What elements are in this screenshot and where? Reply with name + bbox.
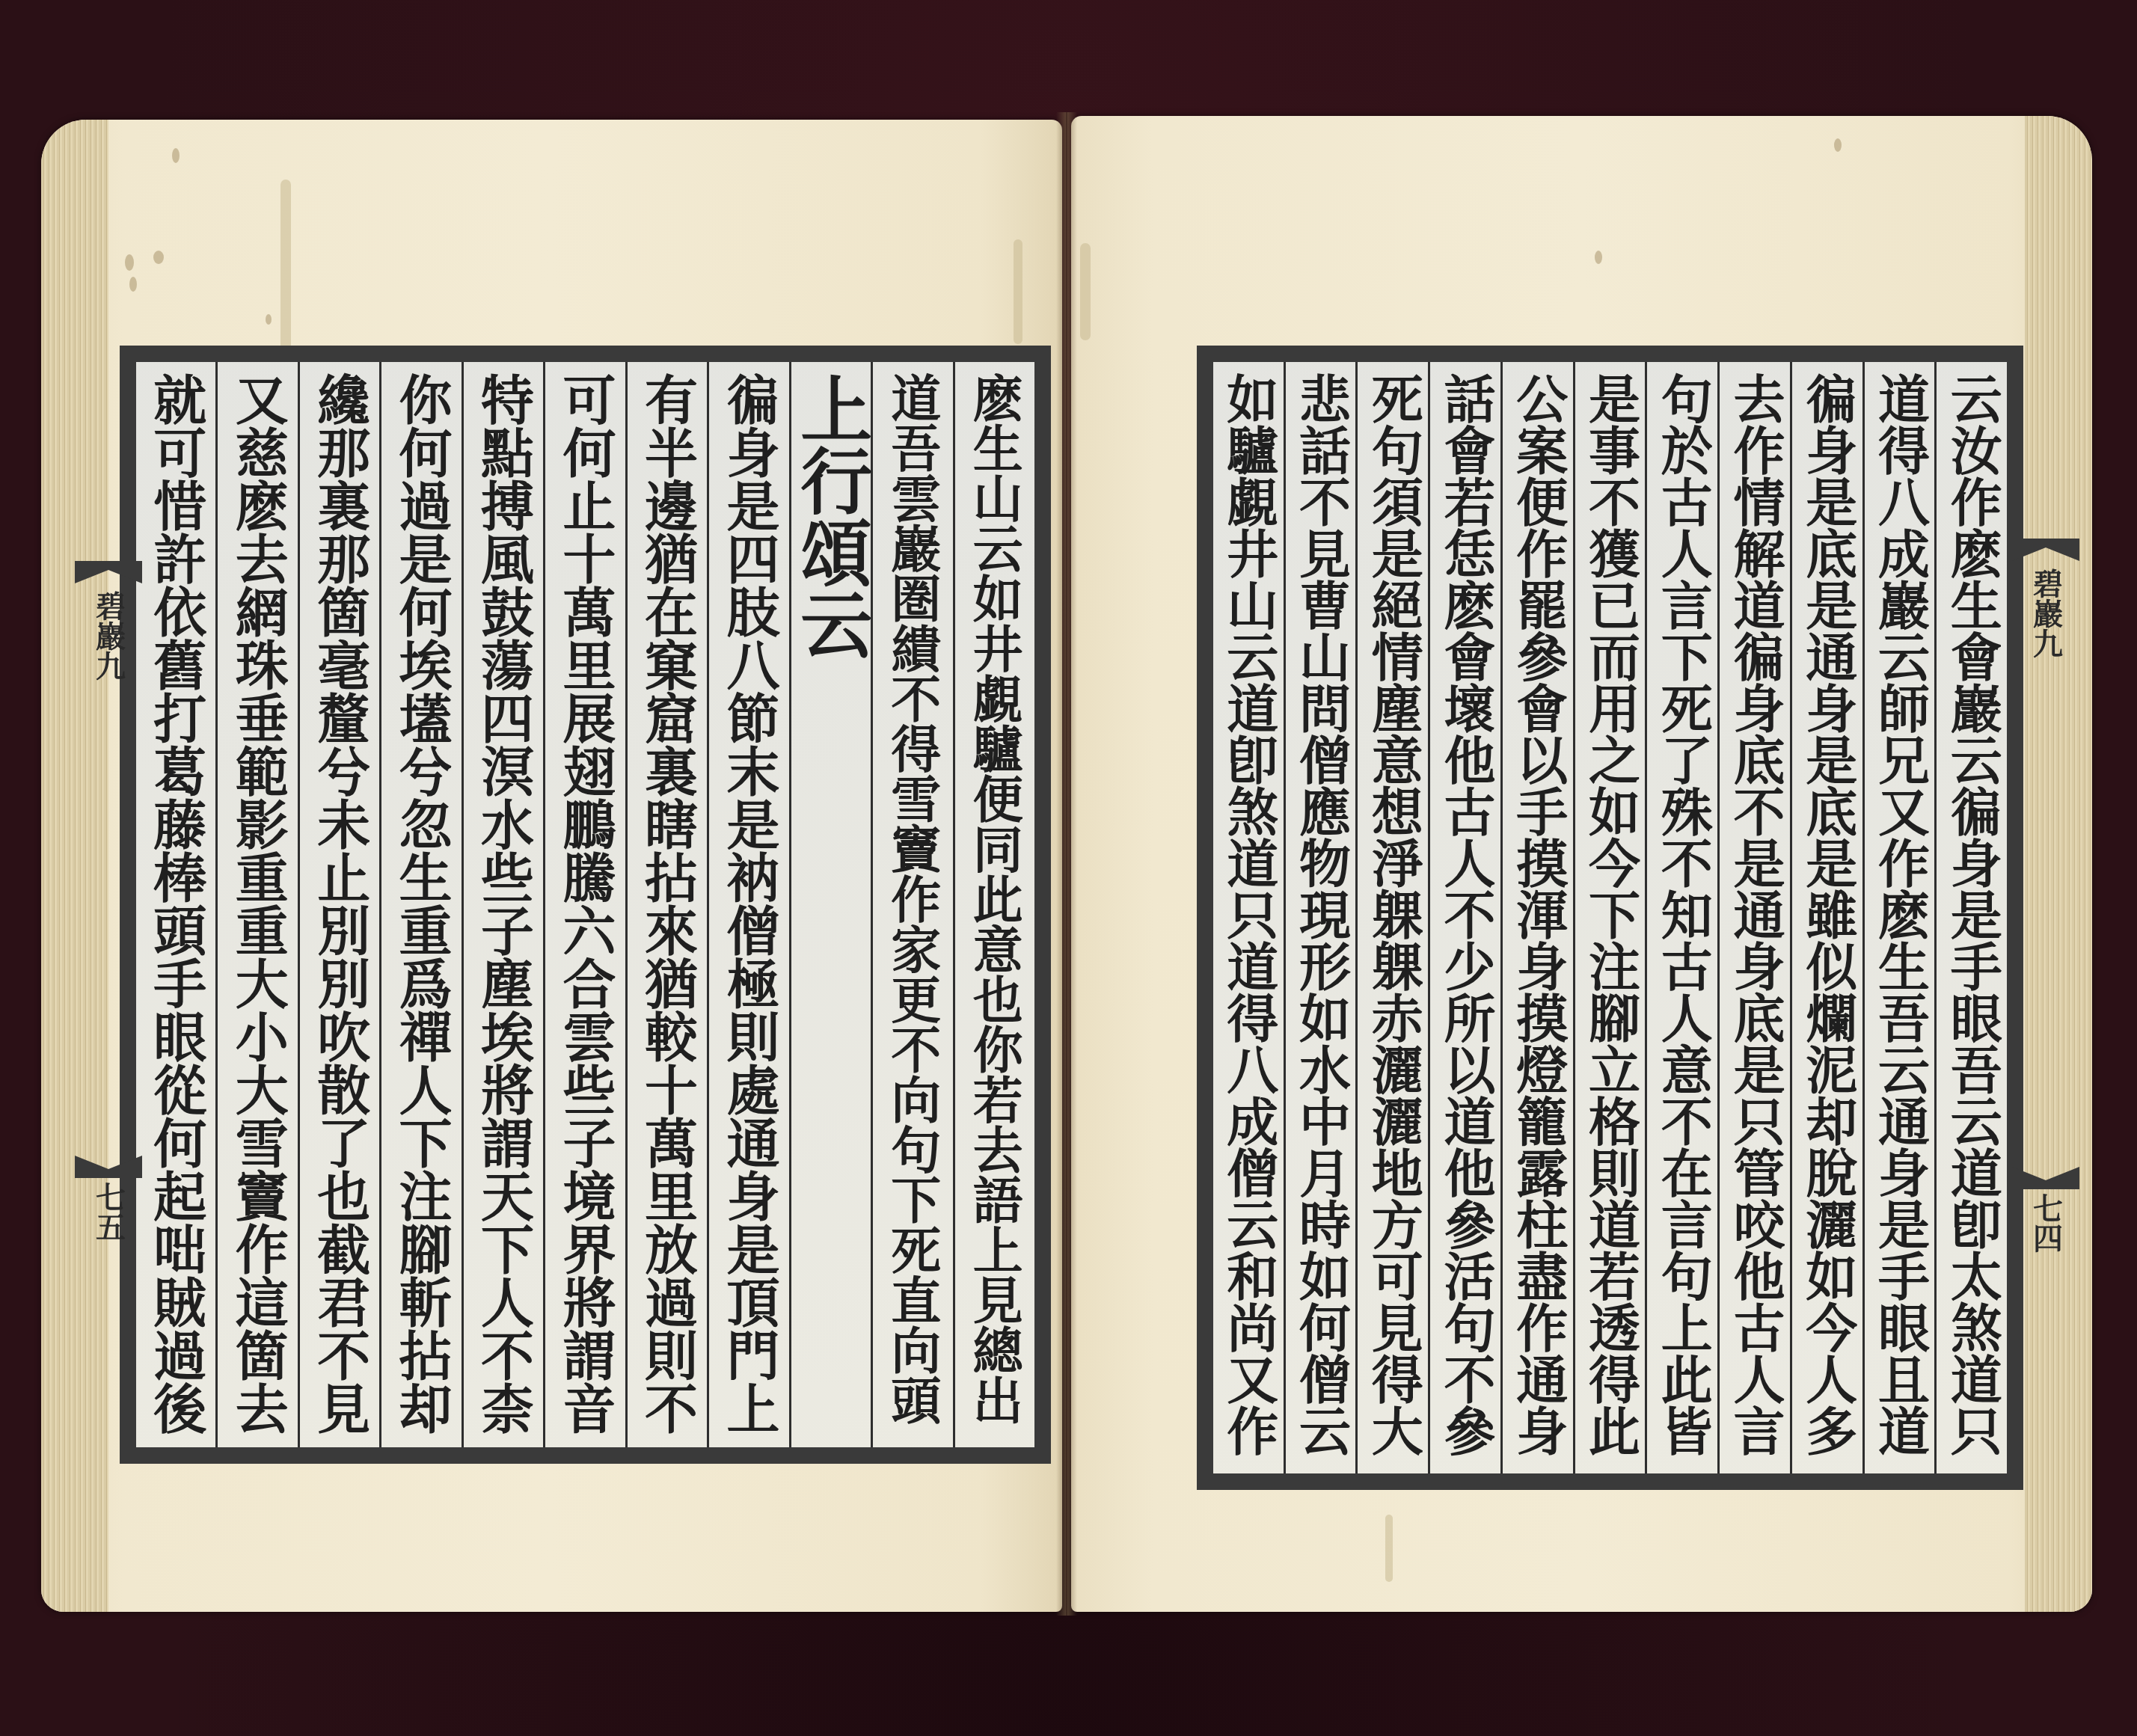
column-text: 道得八成巖云師兄又作麽生吾云通身是手眼且道	[1874, 372, 1925, 1456]
text-column: 就可惜許依舊打葛藤棒頭手眼從何起咄賊過後	[136, 362, 215, 1447]
column-text: 死句須是絕情塵意想淨躶躶赤灑灑地方可見得大	[1367, 372, 1419, 1456]
right-print-block: 云汝作麽生會巖云徧身是手眼吾云道卽太煞道只 道得八成巖云師兄又作麽生吾云通身是手…	[1197, 346, 2023, 1490]
column-text: 就可惜許依舊打葛藤棒頭手眼從何起咄賊過後	[150, 372, 203, 1435]
column-text: 如驢覷井山云道卽煞道只道得八成僧云和尚又作	[1222, 372, 1274, 1456]
text-column: 公案便作罷參會以手摸渾身摸燈籠露柱盡作通身	[1500, 362, 1573, 1473]
left-print-block: 麽生山云如井覷驢便同此意也你若去語上見總出 道吾雲巖圏繢不得雪竇作家更不向句下死…	[120, 346, 1051, 1464]
water-stain	[1385, 1515, 1393, 1582]
right-columns: 云汝作麽生會巖云徧身是手眼吾云道卽太煞道只 道得八成巖云師兄又作麽生吾云通身是手…	[1213, 362, 2007, 1473]
column-text: 上行頌云	[795, 372, 867, 660]
text-column: 麽生山云如井覷驢便同此意也你若去語上見總出	[953, 362, 1034, 1447]
text-column: 句於古人言下死了殊不知古人意不在言句上此皆	[1645, 362, 1717, 1473]
text-column: 去作情解道徧身底不是通身底是只管咬他古人言	[1717, 362, 1790, 1473]
column-text: 徧身是四肢八節末是衲僧極則處通身是頂門上	[723, 372, 776, 1435]
water-stain	[1080, 243, 1091, 340]
column-text: 話會若恁麽會壞他古人不少所以道他參活句不參	[1439, 372, 1491, 1456]
wormhole	[172, 148, 180, 163]
left-columns: 麽生山云如井覷驢便同此意也你若去語上見總出 道吾雲巖圏繢不得雪竇作家更不向句下死…	[136, 362, 1034, 1447]
margin-title: 碧巖九	[2012, 568, 2079, 763]
margin-page-number: 七五	[75, 1182, 142, 1272]
text-column: 悲話不見曹山問僧應物現形如水中月時如何僧云	[1284, 362, 1356, 1473]
column-text: 道吾雲巖圏繢不得雪竇作家更不向句下死直向頭	[888, 372, 938, 1425]
text-column: 徧身是底是通身是底是雖似爛泥却脫灑如今人多	[1790, 362, 1862, 1473]
book-gutter	[1056, 112, 1077, 1616]
text-column: 話會若恁麽會壞他古人不少所以道他參活句不參	[1428, 362, 1500, 1473]
text-column: 纔那裏那箇毫釐兮未止別別吹散了也截君不見	[298, 362, 379, 1447]
text-column: 徧身是四肢八節末是衲僧極則處通身是頂門上	[707, 362, 788, 1447]
text-column: 是事不獲已而用之如今下注腳立格則道若透得此	[1573, 362, 1646, 1473]
column-text: 纔那裏那箇毫釐兮未止別別吹散了也截君不見	[313, 372, 367, 1435]
column-text: 你何過是何埃壒兮忽生重爲禪人下注腳斬拈却	[395, 372, 448, 1435]
wormhole	[125, 254, 134, 271]
column-text: 又慈麽去網珠垂範影重重大小大雪竇作這箇去	[231, 372, 284, 1435]
margin-page-number: 七四	[2012, 1193, 2079, 1283]
column-text: 句於古人言下死了殊不知古人意不在言句上此皆	[1657, 372, 1708, 1456]
text-column: 道吾雲巖圏繢不得雪竇作家更不向句下死直向頭	[871, 362, 952, 1447]
column-text: 有半邊猶在窠窟裏瞎拈來猶較十萬里放過則不	[640, 372, 693, 1435]
column-text: 麽生山云如井覷驢便同此意也你若去語上見總出	[969, 372, 1020, 1425]
column-text: 特點搏風鼓蕩四溟水些子塵埃將謂天下人不柰	[477, 372, 530, 1435]
text-column: 有半邊猶在窠窟裏瞎拈來猶較十萬里放過則不	[625, 362, 707, 1447]
wormhole	[266, 314, 272, 325]
wormhole	[1834, 138, 1842, 152]
wormhole	[129, 277, 137, 292]
column-text: 去作情解道徧身底不是通身底是只管咬他古人言	[1729, 372, 1780, 1456]
left-page-edges	[41, 120, 108, 1612]
text-column: 死句須是絕情塵意想淨躶躶赤灑灑地方可見得大	[1355, 362, 1428, 1473]
text-column: 云汝作麽生會巖云徧身是手眼吾云道卽太煞道只	[1934, 362, 2007, 1473]
water-stain	[1014, 239, 1022, 344]
column-text: 是事不獲已而用之如今下注腳立格則道若透得此	[1584, 372, 1636, 1456]
text-column: 道得八成巖云師兄又作麽生吾云通身是手眼且道	[1862, 362, 1935, 1473]
text-column: 特點搏風鼓蕩四溟水些子塵埃將謂天下人不柰	[462, 362, 543, 1447]
column-text: 徧身是底是通身是底是雖似爛泥却脫灑如今人多	[1801, 372, 1853, 1456]
column-text: 公案便作罷參會以手摸渾身摸燈籠露柱盡作通身	[1512, 372, 1563, 1456]
column-text: 悲話不見曹山問僧應物現形如水中月時如何僧云	[1295, 372, 1346, 1456]
text-column: 可何止十萬里展翅鵬騰六合雲些子境界將謂音	[543, 362, 625, 1447]
text-column: 如驢覷井山云道卽煞道只道得八成僧云和尚又作	[1213, 362, 1284, 1473]
wormhole	[1595, 251, 1602, 264]
column-text: 可何止十萬里展翅鵬騰六合雲些子境界將謂音	[559, 372, 612, 1435]
column-text: 云汝作麽生會巖云徧身是手眼吾云道卽太煞道只	[1946, 372, 1998, 1456]
text-column: 上行頌云	[789, 362, 871, 1447]
wormhole	[153, 251, 164, 264]
margin-title: 碧巖九	[75, 591, 142, 785]
text-column: 你何過是何埃壒兮忽生重爲禪人下注腳斬拈却	[379, 362, 461, 1447]
text-column: 又慈麽去網珠垂範影重重大小大雪竇作這箇去	[215, 362, 297, 1447]
right-page-edges	[2025, 116, 2092, 1612]
